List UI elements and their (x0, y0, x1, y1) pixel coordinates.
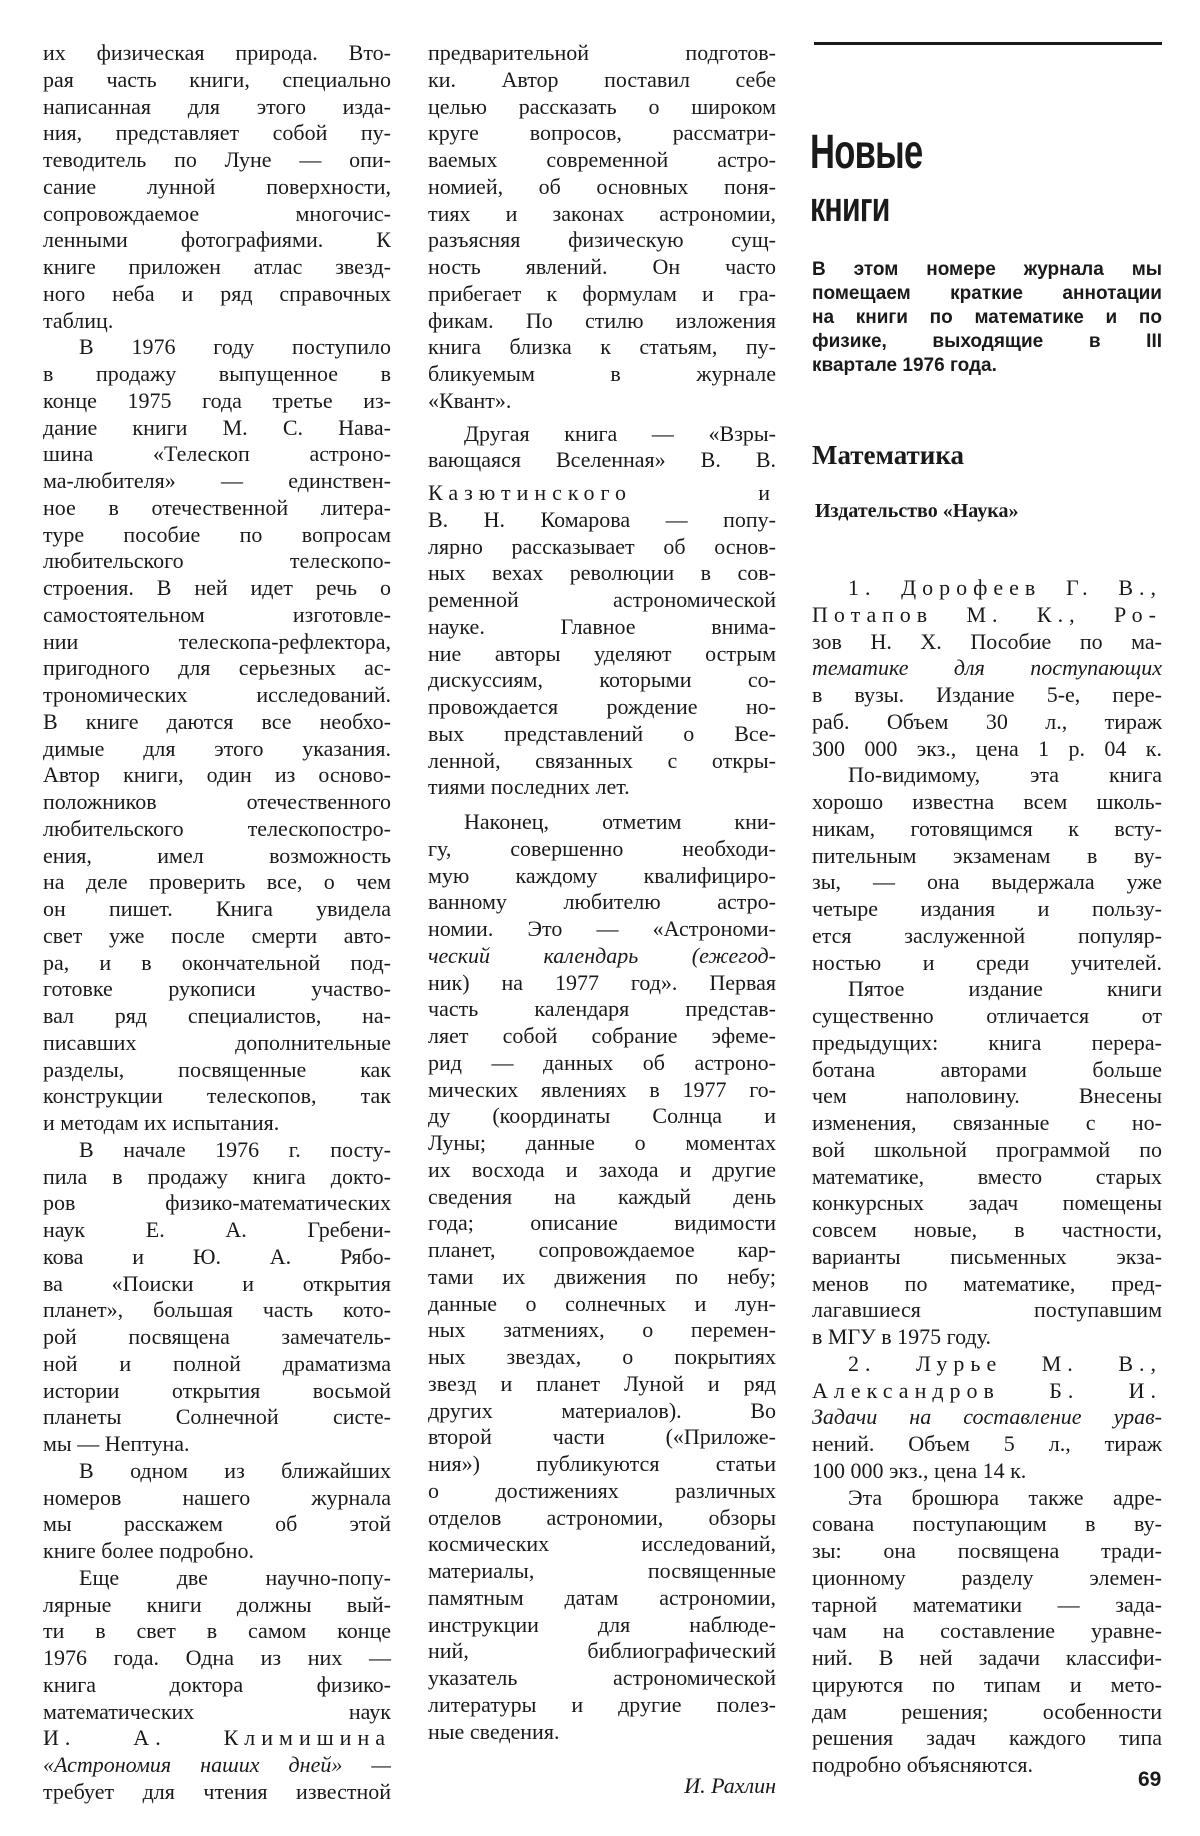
text-line: ния, представляет собой пу- (43, 120, 391, 147)
book-title-line: вающаяся Вселенная» В. В. (428, 447, 776, 474)
book-title-line: шина «Телескоп астроно- (43, 441, 391, 468)
text-line: кова и Ю. А. Рябо- (43, 1244, 391, 1271)
text-line: ки. Автор поставил себе (428, 67, 776, 94)
book-entry-title: тематике для поступающих (812, 655, 1162, 682)
text-line: менов по математике, пред- (812, 1271, 1162, 1298)
text-line: книге более подробно. (43, 1538, 391, 1565)
text-line: тиях и законах астрономии, (428, 201, 776, 228)
text-line: ременной астрономической (428, 587, 776, 614)
text-line: в МГУ в 1975 году. (812, 1324, 1162, 1351)
text-line: трономических исследований. (43, 682, 391, 709)
text-line: ванному любителю астро- (428, 889, 776, 916)
text-line: лагавшиеся поступавшим (812, 1297, 1162, 1324)
text-line: наук Е. А. Гребени- (43, 1217, 391, 1244)
text-line: прибегает к формулам и гра- (428, 281, 776, 308)
text-line: ционному разделу элемен- (812, 1565, 1162, 1592)
text-line: ботана авторами больше (812, 1057, 1162, 1084)
text-line: конце 1975 года третье из- (43, 388, 391, 415)
text-line: цируются по типам и мето- (812, 1672, 1162, 1699)
author-name-line: В. Н. Комарова — попу- (428, 507, 776, 534)
text-line: круге вопросов, рассматри- (428, 120, 776, 147)
intro-line: на книги по математике и по (812, 306, 1162, 330)
text-line: литературы и другие полез- (428, 1692, 776, 1719)
text-line: ния») публикуются статьи (428, 1451, 776, 1478)
book-entry-authors: 2. Лурье М. В., (812, 1351, 1162, 1378)
paragraph-start: Другая книга — «Взры- (428, 421, 776, 448)
text-line: мы — Нептуна. (43, 1431, 391, 1458)
text-line: математике, вместо старых (812, 1164, 1162, 1191)
text-line: фикам. По стилю изложения (428, 308, 776, 335)
text-line: требует для чтения известной (43, 1779, 391, 1806)
text-line: вой школьной программой по (812, 1137, 1162, 1164)
text-line: целью рассказать о широком (428, 94, 776, 121)
text-line: вал ряд специалистов, на- (43, 1003, 391, 1030)
text-line: провождается рождение но- (428, 694, 776, 721)
text-line: года; описание видимости (428, 1210, 776, 1237)
text-line: строения. В ней идет речь о (43, 575, 391, 602)
text-line: «Квант». (428, 388, 776, 415)
text-line: ения, имел возможность (43, 843, 391, 870)
text-line: памятным датам астрономии, (428, 1585, 776, 1612)
book-entry-details: 100 000 экз., цена 14 к. (812, 1458, 1162, 1485)
text-line: разъясняя физическую сущ- (428, 227, 776, 254)
text-line: готовке рукописи участво- (43, 976, 391, 1003)
text-line: ных звездах, о покрытиях (428, 1344, 776, 1371)
text-line: ра, и в окончательной под- (43, 950, 391, 977)
text-line: дам решения; особенности (812, 1699, 1162, 1726)
text-line: звезд и планет Луной и ряд (428, 1371, 776, 1398)
text-line: сание лунной поверхности, (43, 174, 391, 201)
text-line: решения задач каждого типа (812, 1725, 1162, 1752)
text-line: ного неба и ряд справочных (43, 281, 391, 308)
text-line: ных затмениях, о перемен- (428, 1317, 776, 1344)
text-line: сована поступающим в ву- (812, 1511, 1162, 1538)
signature-gap (428, 1745, 776, 1773)
book-title-line: «Астрономия наших дней» — (43, 1752, 391, 1779)
text-line: гу, совершенно необходи- (428, 836, 776, 863)
paragraph-start: Эта брошюра также адре- (812, 1485, 1162, 1512)
text-line: ных вехах революции в сов- (428, 560, 776, 587)
text-line: пительным экзаменам в ву- (812, 843, 1162, 870)
text-line: второй части («Приложе- (428, 1424, 776, 1451)
text-line: отделов астрономии, обзоры (428, 1505, 776, 1532)
text-line: математических наук (43, 1699, 391, 1726)
book-title-line: ма-любителя» — единствен- (43, 468, 391, 495)
intro-line: физике, выходящие в III (812, 330, 1162, 354)
text-line: ров физико-математических (43, 1190, 391, 1217)
book-title-line: ва «Поиски и открытия (43, 1271, 391, 1298)
text-line: туре пособие по вопросам (43, 522, 391, 549)
text-line: ется заслуженной популяр- (812, 923, 1162, 950)
text-line: данные о солнечных и лун- (428, 1291, 776, 1318)
text-line: писавших дополнительные (43, 1030, 391, 1057)
intro-paragraph: В этом номере журнала мы помещаем кратки… (812, 258, 1162, 378)
text-line: чам на составление уравне- (812, 1618, 1162, 1645)
text-line: таблиц. (43, 308, 391, 335)
middle-column: предварительной подготов- ки. Автор пост… (428, 40, 776, 1800)
book-title-line: номии. Это — «Астрономи- (428, 916, 776, 943)
text-line: существенно отличается от (812, 1003, 1162, 1030)
text-line: сведения на каждый день (428, 1184, 776, 1211)
book-entry-authors: Потапов М. К., Ро- (812, 602, 1162, 629)
text-line: рая часть книги, специально (43, 67, 391, 94)
intro-line: В этом номере журнала мы (812, 258, 1162, 282)
text-line: зы: она посвящена тради- (812, 1538, 1162, 1565)
paragraph-start: Еще две научно-попу- (43, 1565, 391, 1592)
text-line: других материалов). Во (428, 1398, 776, 1425)
text-line: положников отечественного (43, 789, 391, 816)
intro-line: квартале 1976 года. (812, 354, 1162, 378)
text-line: ностью и среди учителей. (812, 950, 1162, 977)
text-line: дание книги М. С. Нава- (43, 415, 391, 442)
text-line: на деле проверить все, о чем (43, 869, 391, 896)
book-title-line: ческий календарь (ежегод- (428, 943, 776, 970)
text-line: науке. Главное внима- (428, 614, 776, 641)
text-line: лярные книги должны вый- (43, 1592, 391, 1619)
page-number: 69 (1138, 1768, 1161, 1792)
book-entry-authors: 1. Дорофеев Г. В., (812, 575, 1162, 602)
text-line: 1976 года. Одна из них — (43, 1645, 391, 1672)
text-line: их физическая природа. Вто- (43, 40, 391, 67)
text-line: пила в продажу книга докто- (43, 1164, 391, 1191)
text-line: Луны; данные о моментах (428, 1130, 776, 1157)
paragraph-start: Пятое издание книги (812, 976, 1162, 1003)
text-line: предварительной подготов- (428, 40, 776, 67)
text-line: он пишет. Книга увидела (43, 896, 391, 923)
text-line: написанная для этого изда- (43, 94, 391, 121)
paragraph-start: В 1976 году поступило (43, 334, 391, 361)
text-line: мую каждому квалифициро- (428, 863, 776, 890)
text-line: ляет собой собрание эфеме- (428, 1023, 776, 1050)
text-line: хорошо известна всем школь- (812, 789, 1162, 816)
author-name-line: Казютинского и (428, 480, 776, 507)
book-entry-details: в вузы. Издание 5-е, пере- (812, 682, 1162, 709)
text-line: ленной, связанных с откры- (428, 748, 776, 775)
text-line: варианты письменных экза- (812, 1244, 1162, 1271)
text-line: ное в отечественной литера- (43, 495, 391, 522)
text-line: тами их движения по небу; (428, 1264, 776, 1291)
book-entry-title: Задачи на составление урав- (812, 1404, 1162, 1431)
text-line: и методам их испытания. (43, 1110, 391, 1137)
text-line: бликуемым в журнале (428, 361, 776, 388)
text-line: о достижениях различных (428, 1478, 776, 1505)
text-line: тарной математики — зада- (812, 1592, 1162, 1619)
section-rule (814, 42, 1162, 45)
text-line: ной и полной драматизма (43, 1351, 391, 1378)
text-line: ные сведения. (428, 1719, 776, 1746)
text-line: их восхода и захода и другие (428, 1157, 776, 1184)
text-line: пригодного для серьезных ас- (43, 655, 391, 682)
text-line: номией, об основных поня- (428, 174, 776, 201)
text-line: конструкции телескопов, так (43, 1083, 391, 1110)
book-entry-authors: Александров Б. И. (812, 1378, 1162, 1405)
book-entry-title: зов Н. Х. Пособие по ма- (812, 629, 1162, 656)
text-line: указатель астрономической (428, 1665, 776, 1692)
text-line: ний, библиографический (428, 1638, 776, 1665)
text-line: ти в свет в самом конце (43, 1618, 391, 1645)
intro-line: помещаем краткие аннотации (812, 282, 1162, 306)
text-line: дискуссиям, которыми со- (428, 667, 776, 694)
text-line: любительского телескопостро- (43, 816, 391, 843)
book-title-line: ник) на 1977 год». Первая (428, 970, 776, 997)
text-line: тиями последних лет. (428, 774, 776, 801)
text-line: самостоятельном изготовле- (43, 602, 391, 629)
text-line: истории открытия восьмой (43, 1378, 391, 1405)
text-line: ду (координаты Солнца и (428, 1103, 776, 1130)
right-column-body: 1. Дорофеев Г. В., Потапов М. К., Ро- зо… (812, 575, 1162, 1779)
text-line: мических явлениях в 1977 го- (428, 1077, 776, 1104)
text-line: сопровождаемое многочис- (43, 201, 391, 228)
book-entry-details: раб. Объем 30 л., тираж (812, 709, 1162, 736)
page-title-line-1: Новые (810, 125, 922, 180)
text-line: димые для этого указания. (43, 736, 391, 763)
page-title-line-2: книги (810, 183, 890, 231)
left-column: их физическая природа. Вто- рая часть кн… (43, 40, 391, 1806)
text-line: ние авторы уделяют острым (428, 641, 776, 668)
text-line: зы, — она выдержала уже (812, 869, 1162, 896)
text-line: любительского телескопо- (43, 548, 391, 575)
text-line: рой посвящена замечатель- (43, 1324, 391, 1351)
text-line: рид — данных об астроно- (428, 1050, 776, 1077)
book-entry-details: 300 000 экз., цена 1 р. 04 к. (812, 736, 1162, 763)
text-line: чем наполовину. Внесены (812, 1083, 1162, 1110)
text-line: изменения, связанные с но- (812, 1110, 1162, 1137)
text-line: планет, сопровождаемое кар- (428, 1237, 776, 1264)
text-line: книга доктора физико- (43, 1672, 391, 1699)
text-line: теводитель по Луне — опи- (43, 147, 391, 174)
text-line: четыре издания и пользу- (812, 896, 1162, 923)
book-title-line: планет», большая часть кото- (43, 1297, 391, 1324)
text-line: лярно рассказывает об основ- (428, 534, 776, 561)
text-line: инструкции для наблюде- (428, 1612, 776, 1639)
paragraph-gap (428, 801, 776, 809)
text-line: планеты Солнечной систе- (43, 1404, 391, 1431)
text-line: предыдущих: книга перера- (812, 1030, 1162, 1057)
paragraph-start: В одном из ближайших (43, 1458, 391, 1485)
text-line: подробно объясняются. (812, 1752, 1162, 1779)
book-entry-details: нений. Объем 5 л., тираж (812, 1431, 1162, 1458)
text-line: ность явлений. Он часто (428, 254, 776, 281)
section-heading-mathematics: Математика (812, 440, 964, 471)
text-line: космических исследований, (428, 1531, 776, 1558)
text-line: ний. В ней задачи классифи- (812, 1645, 1162, 1672)
text-line: часть календаря представ- (428, 996, 776, 1023)
publisher-heading: Издательство «Наука» (815, 500, 1018, 523)
paragraph-start: В начале 1976 г. посту- (43, 1137, 391, 1164)
text-line: ленными фотографиями. К (43, 227, 391, 254)
text-line: мы расскажем об этой (43, 1511, 391, 1538)
text-line: свет уже после смерти авто- (43, 923, 391, 950)
text-line: ваемых современной астро- (428, 147, 776, 174)
author-signature: И. Рахлин (428, 1773, 776, 1800)
text-line: никам, готовящимся к всту- (812, 816, 1162, 843)
paragraph-start: По-видимому, эта книга (812, 762, 1162, 789)
text-line: книге приложен атлас звезд- (43, 254, 391, 281)
text-line: разделы, посвященные как (43, 1057, 391, 1084)
text-line: нии телескопа-рефлектора, (43, 629, 391, 656)
text-line: номеров нашего журнала (43, 1485, 391, 1512)
paragraph-start: Наконец, отметим кни- (428, 809, 776, 836)
text-line: материалы, посвященные (428, 1558, 776, 1585)
author-name-line: И. А. Климишина (43, 1725, 391, 1752)
text-line: совсем новые, в частности, (812, 1217, 1162, 1244)
text-line: книга близка к статьям, пу- (428, 334, 776, 361)
text-line: конкурсных задач помещены (812, 1190, 1162, 1217)
text-line: вых представлений о Все- (428, 721, 776, 748)
text-line: В книге даются все необхо- (43, 709, 391, 736)
text-line: Автор книги, один из осново- (43, 762, 391, 789)
text-line: в продажу выпущенное в (43, 361, 391, 388)
